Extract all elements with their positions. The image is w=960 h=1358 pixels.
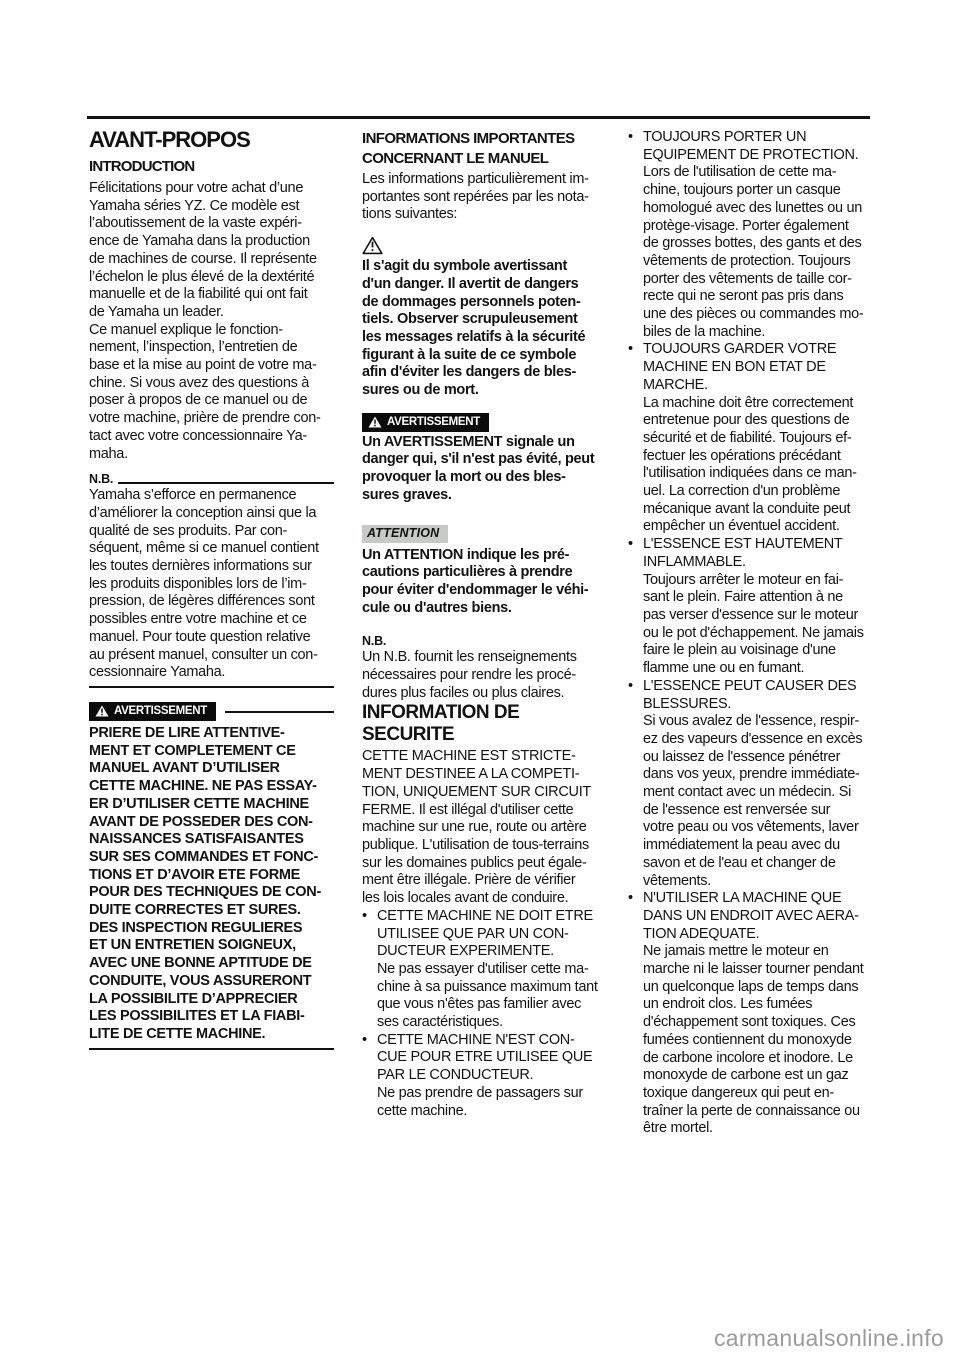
watermark: carmanualsonline.info bbox=[714, 1325, 944, 1352]
warning-badge: AVERTISSEMENT bbox=[362, 413, 489, 432]
warning-header: AVERTISSEMENT bbox=[89, 702, 334, 721]
page-title: AVANT-PROPOS bbox=[89, 126, 334, 154]
security-intro: CETTE MACHINE EST STRICTE- MENT DESTINEE… bbox=[362, 748, 604, 907]
manual-page: AVANT-PROPOS INTRODUCTION Félicitations … bbox=[0, 0, 960, 1358]
bullet-icon: • bbox=[628, 341, 643, 536]
list-item: • CETTE MACHINE N'EST CON- CUE POUR ETRE… bbox=[362, 1032, 604, 1121]
introduction-heading: INTRODUCTION bbox=[89, 157, 334, 177]
top-rule bbox=[87, 116, 870, 119]
warning-badge-label: AVERTISSEMENT bbox=[387, 415, 480, 429]
attention-header: ATTENTION bbox=[362, 524, 604, 543]
introduction-paragraph: Félicitations pour votre achat d’une Yam… bbox=[89, 180, 334, 463]
list-item-body: Ne jamais mettre le moteur en marche ni … bbox=[643, 943, 876, 1138]
list-item-body: Ne pas prendre de passagers sur cette ma… bbox=[377, 1085, 604, 1120]
list-item-title: L'ESSENCE EST HAUTEMENT INFLAMMABLE. bbox=[643, 536, 876, 571]
note-paragraph: Un N.B. fournit les renseignements néces… bbox=[362, 649, 604, 702]
bullet-icon: • bbox=[362, 1032, 377, 1121]
column-2: INFORMATIONS IMPORTANTES CONCERNANT LE M… bbox=[362, 129, 604, 1120]
warning-triangle-icon bbox=[368, 416, 382, 428]
list-item-content: TOUJOURS GARDER VOTRE MACHINE EN BON ETA… bbox=[643, 341, 876, 536]
hazard-triangle-icon bbox=[362, 236, 383, 255]
list-item-content: L'ESSENCE PEUT CAUSER DES BLESSURES. Si … bbox=[643, 678, 876, 890]
divider-rule bbox=[89, 686, 334, 688]
list-item-body: Si vous avalez de l'essence, respir- ez … bbox=[643, 713, 876, 890]
warning-paragraph: PRIERE DE LIRE ATTENTIVE- MENT ET COMPLE… bbox=[89, 725, 334, 1044]
list-item-title: N'UTILISER LA MACHINE QUE DANS UN ENDROI… bbox=[643, 890, 876, 943]
list-item-body: Ne pas essayer d'utiliser cette ma- chin… bbox=[377, 961, 604, 1032]
note-label: N.B. bbox=[362, 634, 604, 649]
list-item-title: TOUJOURS PORTER UN EQUIPEMENT DE PROTECT… bbox=[643, 129, 876, 164]
list-item-title: CETTE MACHINE NE DOIT ETRE UTILISEE QUE … bbox=[377, 908, 604, 961]
note-rule bbox=[118, 482, 334, 484]
list-item: • TOUJOURS GARDER VOTRE MACHINE EN BON E… bbox=[628, 341, 876, 536]
list-item: • N'UTILISER LA MACHINE QUE DANS UN ENDR… bbox=[628, 890, 876, 1138]
attention-paragraph: Un ATTENTION indique les pré- cautions p… bbox=[362, 547, 604, 618]
warning-badge-label: AVERTISSEMENT bbox=[114, 704, 207, 718]
note-paragraph: Yamaha s’efforce en permanence d’amélior… bbox=[89, 487, 334, 682]
warning-badge: AVERTISSEMENT bbox=[89, 702, 216, 721]
list-item-title: L'ESSENCE PEUT CAUSER DES BLESSURES. bbox=[643, 678, 876, 713]
bullet-icon: • bbox=[628, 129, 643, 341]
column-1: AVANT-PROPOS INTRODUCTION Félicitations … bbox=[89, 126, 334, 1050]
list-item-title: TOUJOURS GARDER VOTRE MACHINE EN BON ETA… bbox=[643, 341, 876, 394]
list-item-content: CETTE MACHINE N'EST CON- CUE POUR ETRE U… bbox=[377, 1032, 604, 1121]
bullet-icon: • bbox=[628, 536, 643, 678]
warning-triangle-icon bbox=[95, 705, 109, 717]
note-header: N.B. bbox=[89, 472, 334, 487]
divider-rule bbox=[89, 1048, 334, 1050]
notations-intro: Les informations particulièrement im- po… bbox=[362, 171, 604, 224]
list-item: • CETTE MACHINE NE DOIT ETRE UTILISEE QU… bbox=[362, 908, 604, 1032]
bullet-icon: • bbox=[628, 890, 643, 1138]
list-item-body: Toujours arrêter le moteur en fai- sant … bbox=[643, 572, 876, 678]
list-item: • TOUJOURS PORTER UN EQUIPEMENT DE PROTE… bbox=[628, 129, 876, 341]
list-item-body: Lors de l'utilisation de cette ma- chine… bbox=[643, 164, 876, 341]
list-item-content: L'ESSENCE EST HAUTEMENT INFLAMMABLE. Tou… bbox=[643, 536, 876, 678]
security-heading: INFORMATION DE SECURITE bbox=[362, 702, 604, 746]
warning-paragraph: Un AVERTISSEMENT signale un danger qui, … bbox=[362, 434, 604, 505]
warning-rule bbox=[225, 711, 334, 713]
list-item-content: TOUJOURS PORTER UN EQUIPEMENT DE PROTECT… bbox=[643, 129, 876, 341]
column-3: • TOUJOURS PORTER UN EQUIPEMENT DE PROTE… bbox=[628, 129, 876, 1138]
list-item-title: CETTE MACHINE N'EST CON- CUE POUR ETRE U… bbox=[377, 1032, 604, 1085]
list-item-content: N'UTILISER LA MACHINE QUE DANS UN ENDROI… bbox=[643, 890, 876, 1138]
hazard-symbol bbox=[362, 236, 604, 255]
list-item-content: CETTE MACHINE NE DOIT ETRE UTILISEE QUE … bbox=[377, 908, 604, 1032]
warning-header: AVERTISSEMENT bbox=[362, 413, 604, 432]
note-label: N.B. bbox=[89, 472, 113, 487]
important-info-heading: INFORMATIONS IMPORTANTES CONCERNANT LE M… bbox=[362, 129, 604, 168]
hazard-symbol-paragraph: Il s'agit du symbole avertissant d'un da… bbox=[362, 258, 604, 400]
attention-badge: ATTENTION bbox=[362, 525, 448, 543]
bullet-icon: • bbox=[362, 908, 377, 1032]
list-item-body: La machine doit être correctement entret… bbox=[643, 395, 876, 537]
list-item: • L'ESSENCE EST HAUTEMENT INFLAMMABLE. T… bbox=[628, 536, 876, 678]
list-item: • L'ESSENCE PEUT CAUSER DES BLESSURES. S… bbox=[628, 678, 876, 890]
bullet-icon: • bbox=[628, 678, 643, 890]
